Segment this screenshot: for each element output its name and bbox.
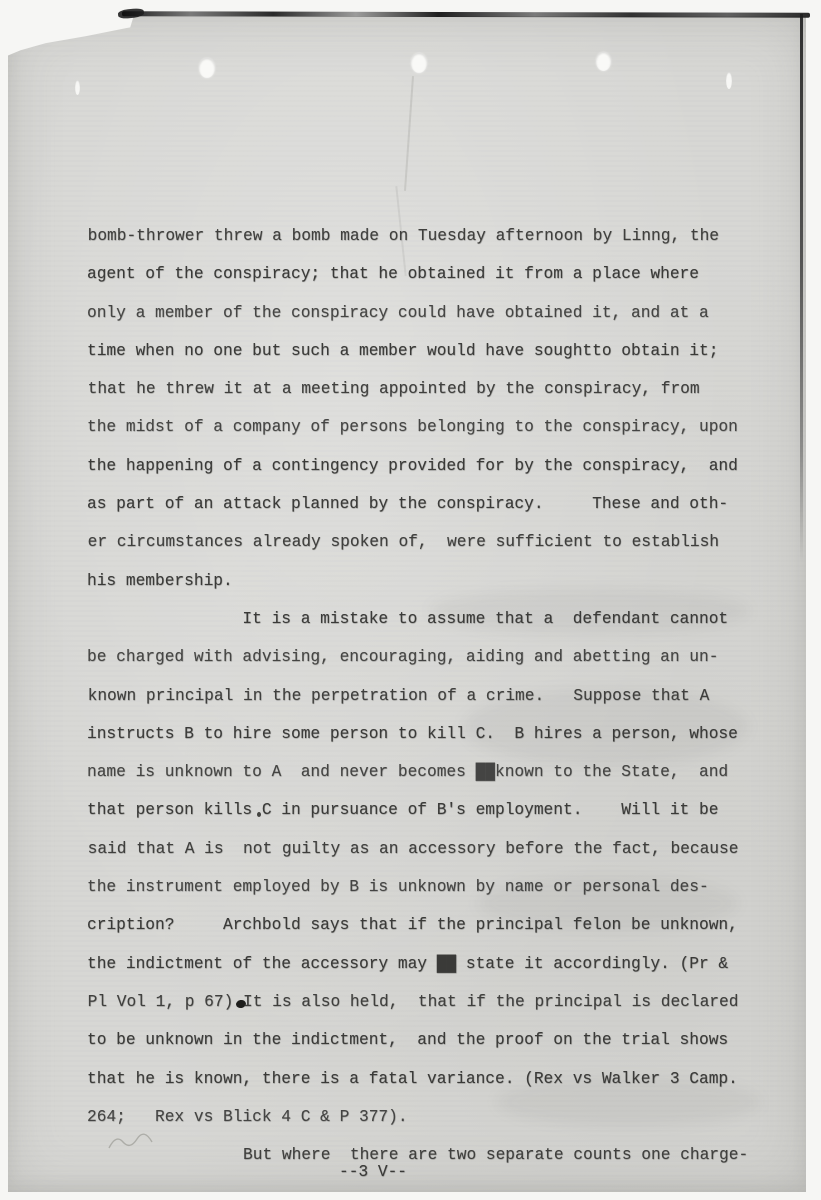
punch-hole (199, 58, 215, 78)
text-line: cription? Archbold says that if the prin… (87, 906, 787, 944)
text-line: the indictment of the accessory may ██ s… (87, 945, 787, 983)
binder-slit (726, 72, 732, 89)
text-line: said that A is not guilty as an accessor… (88, 830, 788, 868)
scanned-document: { "document": { "lines": [ "bomb-thrower… (0, 0, 821, 1200)
binder-slit (75, 80, 80, 95)
text-line: to be unknown in the indictment, and the… (87, 1021, 787, 1059)
paper-sheet: bomb-thrower threw a bomb made on Tuesda… (8, 16, 806, 1192)
page-number: --3 V-- (87, 1163, 821, 1181)
text-line: his membership. (87, 562, 787, 600)
text-line: name is unknown to A and never becomes █… (87, 753, 787, 791)
text-line: only a member of the conspiracy could ha… (87, 294, 787, 332)
text-line: that person kills C in pursuance of B's … (87, 791, 787, 829)
paper-crease (404, 76, 414, 191)
text-line: Pl Vol 1, p 67) It is also held, that if… (88, 983, 788, 1021)
text-line: It is a mistake to assume that a defenda… (87, 600, 787, 638)
text-line: that he threw it at a meeting appointed … (88, 370, 788, 408)
text-line: be charged with advising, encouraging, a… (87, 638, 787, 676)
text-line: as part of an attack planned by the cons… (87, 485, 787, 523)
scan-edge-top (122, 11, 810, 17)
text-line: that he is known, there is a fatal varia… (87, 1060, 787, 1098)
text-line: agent of the conspiracy; that he obtaine… (87, 255, 787, 293)
torn-corner (8, 15, 134, 59)
scan-edge-right (800, 14, 803, 562)
text-line: bomb-thrower threw a bomb made on Tuesda… (88, 217, 788, 255)
text-line: time when no one but such a member would… (87, 332, 787, 370)
punch-hole (411, 53, 427, 73)
text-line: instructs B to hire some person to kill … (87, 715, 787, 753)
text-line: er circumstances already spoken of, were… (88, 523, 788, 561)
text-line: known principal in the perpetration of a… (88, 677, 788, 715)
text-line: the instrument employed by B is unknown … (87, 868, 787, 906)
text-line: the happening of a contingency provided … (87, 447, 787, 485)
punch-hole (596, 52, 611, 71)
text-line: the midst of a company of persons belong… (87, 408, 787, 446)
text-line: 264; Rex vs Blick 4 C & P 377). (87, 1098, 787, 1136)
typed-text-block: bomb-thrower threw a bomb made on Tuesda… (87, 217, 787, 1174)
